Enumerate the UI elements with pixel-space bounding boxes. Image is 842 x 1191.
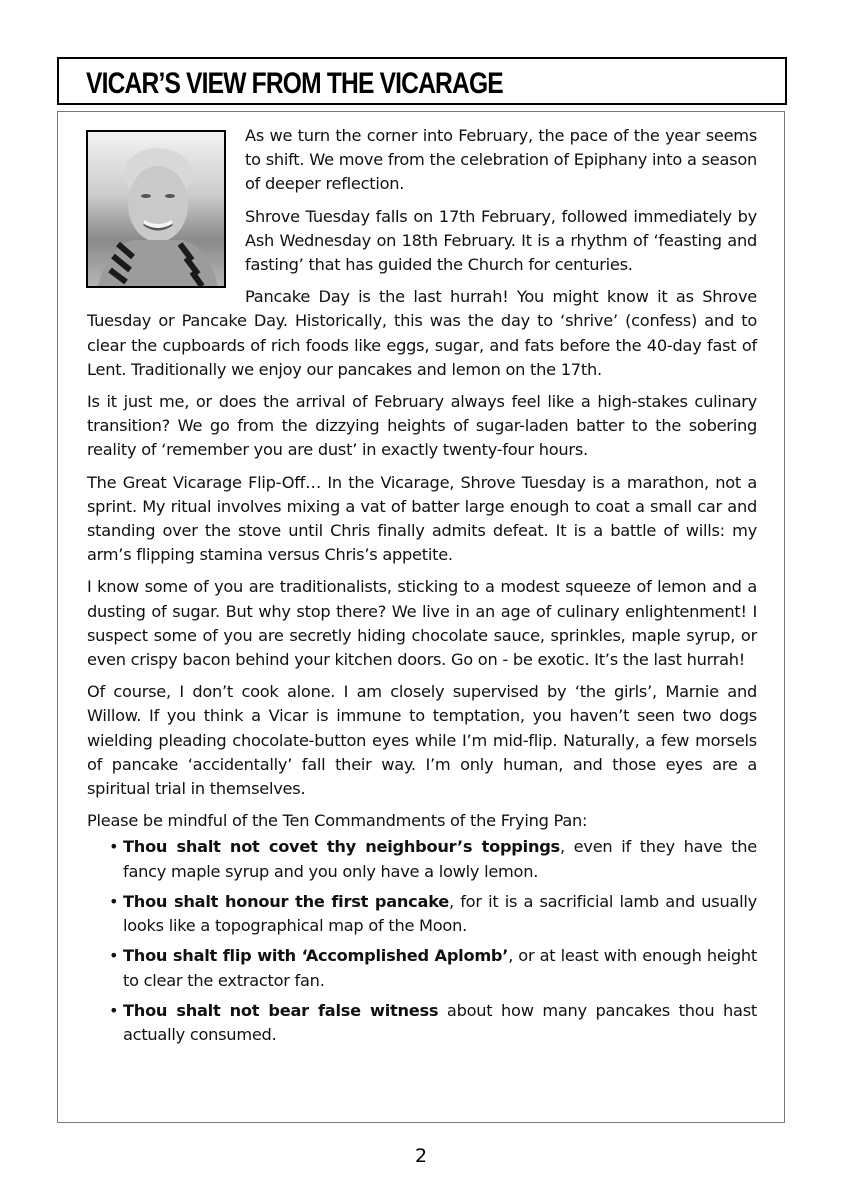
- article-box: As we turn the corner into February, the…: [57, 111, 785, 1123]
- body-paragraph: Pancake Day is the last hurrah! You migh…: [87, 285, 757, 382]
- body-paragraph: Is it just me, or does the arrival of Fe…: [87, 390, 757, 463]
- photo-spacer: [87, 124, 245, 296]
- commandments-intro: Please be mindful of the Ten Commandment…: [87, 809, 757, 833]
- commandment-item: Thou shalt not covet thy neighbour’s top…: [109, 835, 757, 883]
- commandment-title: Thou shalt not covet thy neighbour’s top…: [123, 837, 560, 856]
- commandments-list: Thou shalt not covet thy neighbour’s top…: [87, 835, 757, 1047]
- page-title: VICAR’S VIEW FROM THE VICARAGE: [86, 67, 503, 101]
- body-paragraph: Of course, I don’t cook alone. I am clos…: [87, 680, 757, 801]
- commandment-item: Thou shalt flip with ‘Accomplished Aplom…: [109, 944, 757, 992]
- commandment-title: Thou shalt not bear false witness: [123, 1001, 438, 1020]
- article-body: As we turn the corner into February, the…: [87, 124, 757, 1053]
- commandment-title: Thou shalt flip with ‘Accomplished Aplom…: [123, 946, 508, 965]
- commandment-item: Thou shalt not bear false witness about …: [109, 999, 757, 1047]
- title-box: VICAR’S VIEW FROM THE VICARAGE: [57, 57, 787, 105]
- body-paragraph: I know some of you are traditionalists, …: [87, 575, 757, 672]
- commandment-item: Thou shalt honour the first pancake, for…: [109, 890, 757, 938]
- body-paragraph: The Great Vicarage Flip-Off… In the Vica…: [87, 471, 757, 568]
- commandment-title: Thou shalt honour the first pancake: [123, 892, 449, 911]
- page-number: 2: [0, 1145, 842, 1167]
